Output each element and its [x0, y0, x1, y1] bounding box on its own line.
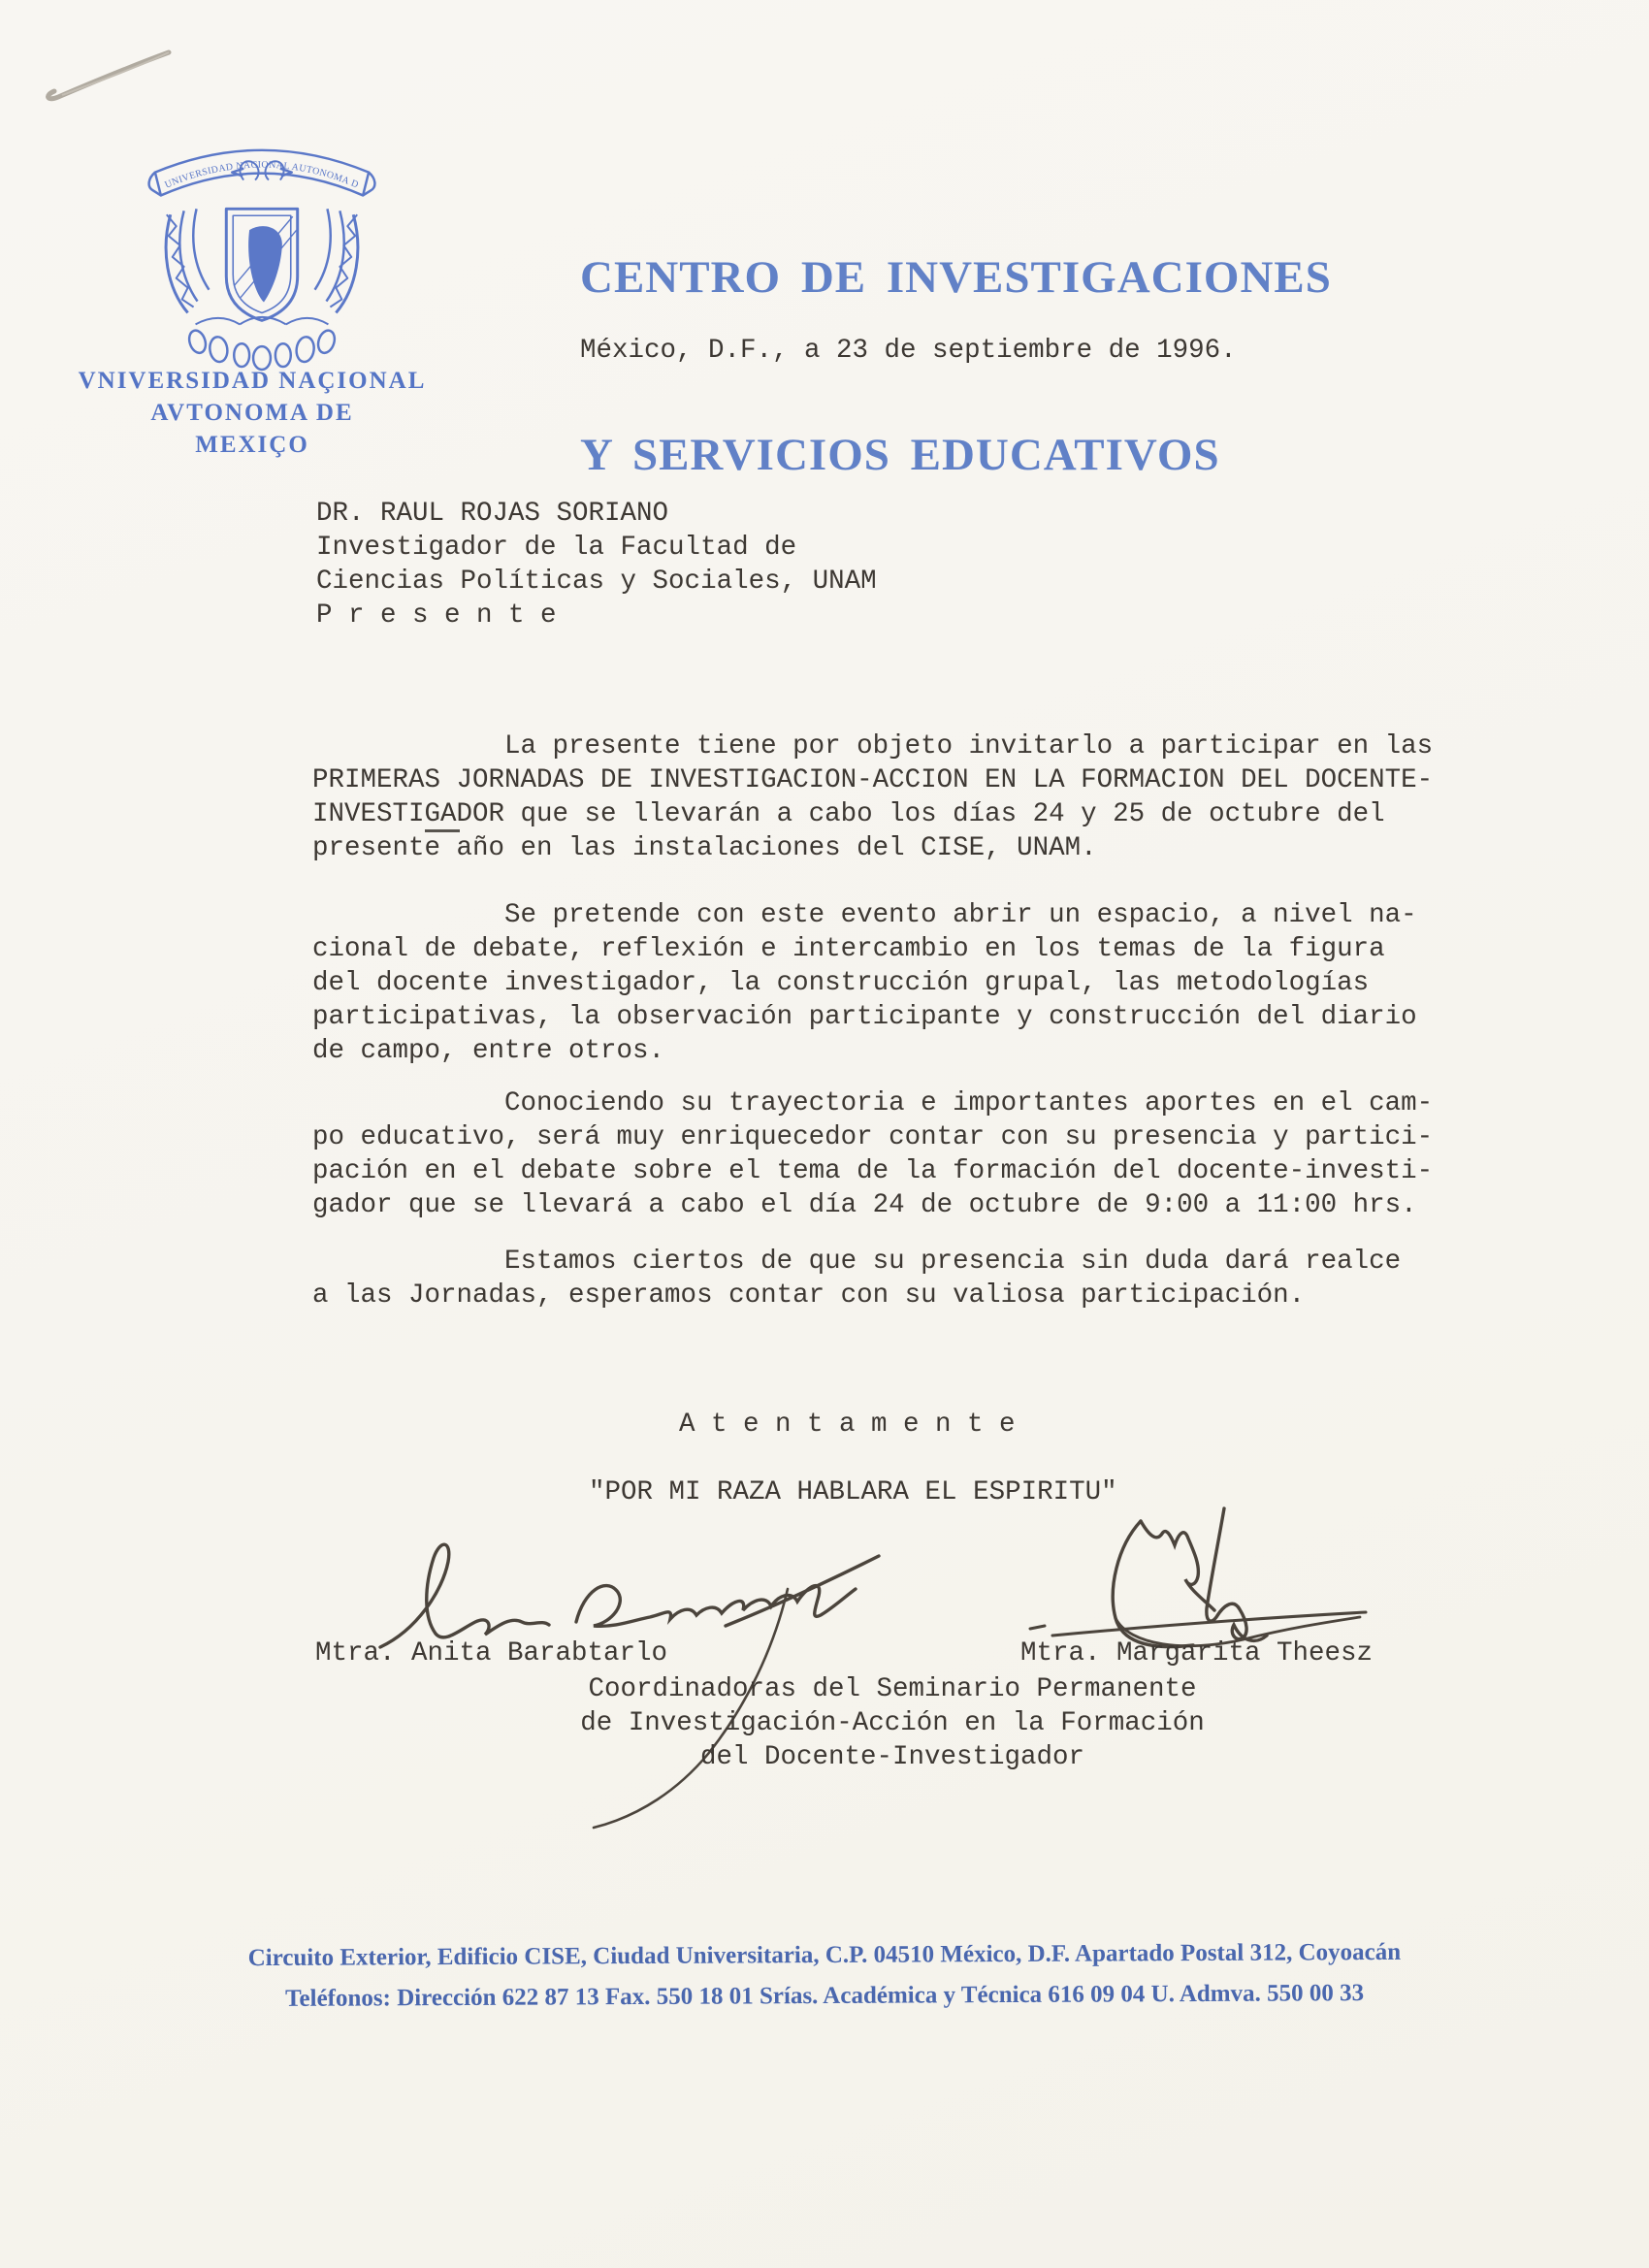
- unam-crest-logo: UNIVERSIDAD NACIONAL AUTONOMA D MEXICO: [142, 122, 382, 373]
- signers-role-line: del Docente-Investigador: [320, 1740, 1465, 1774]
- body-line: Conociendo su trayectoria e importantes …: [312, 1086, 1433, 1120]
- paragraph-3: Conociendo su trayectoria e importantes …: [312, 1086, 1433, 1222]
- crest-banner-text: UNIVERSIDAD NACIONAL AUTONOMA D MEXICO: [142, 122, 363, 192]
- body-line: a las Jornadas, esperamos contar con su …: [312, 1279, 1401, 1312]
- closing-salutation: A t e n t a m e n t e: [679, 1408, 1016, 1442]
- body-line: participativas, la observación participa…: [312, 1000, 1417, 1034]
- signer-name-right: Mtra. Margarita Theesz: [1020, 1636, 1373, 1670]
- body-line: INVESTIGADOR que se llevarán a cabo los …: [312, 797, 1433, 831]
- body-line: La presente tiene por objeto invitarlo a…: [312, 729, 1433, 763]
- university-name-line: AVTONOMA DE: [68, 397, 436, 429]
- recipient-line: Investigador de la Facultad de: [316, 531, 877, 565]
- signers-role-line: Coordinadoras del Seminario Permanente: [320, 1672, 1465, 1706]
- body-line: Se pretende con este evento abrir un esp…: [312, 898, 1417, 932]
- university-name-line: VNIVERSIDAD NAÇIONAL: [68, 365, 436, 397]
- footer-phones-line: Teléfonos: Dirección 622 87 13 Fax. 550 …: [0, 1972, 1649, 2022]
- body-line: cional de debate, reflexión e intercambi…: [312, 932, 1417, 966]
- org-title-line1: CENTRO DE INVESTIGACIONES: [580, 248, 1332, 308]
- letterhead-footer: Circuito Exterior, Edificio CISE, Ciudad…: [0, 1931, 1649, 2022]
- body-line: presente año en las instalaciones del CI…: [312, 831, 1433, 865]
- recipient-line: P r e s e n t e: [316, 599, 877, 632]
- body-line: de campo, entre otros.: [312, 1034, 1417, 1068]
- body-line: PRIMERAS JORNADAS DE INVESTIGACION-ACCIO…: [312, 763, 1433, 797]
- letter-page: UNIVERSIDAD NACIONAL AUTONOMA D MEXICO V…: [0, 0, 1649, 2268]
- university-name: VNIVERSIDAD NAÇIONALAVTONOMA DEMEXIÇO: [68, 365, 436, 461]
- typed-underline-mark: [425, 829, 460, 832]
- paragraph-2: Se pretende con este evento abrir un esp…: [312, 898, 1417, 1068]
- paragraph-4: Estamos ciertos de que su presencia sin …: [312, 1245, 1401, 1312]
- body-line: pación en el debate sobre el tema de la …: [312, 1154, 1433, 1188]
- signers-role-line: de Investigación-Acción en la Formación: [320, 1706, 1465, 1740]
- body-line: del docente investigador, la construcció…: [312, 966, 1417, 1000]
- recipient-block: DR. RAUL ROJAS SORIANOInvestigador de la…: [316, 497, 877, 632]
- recipient-line: Ciencias Políticas y Sociales, UNAM: [316, 565, 877, 599]
- recipient-line: DR. RAUL ROJAS SORIANO: [316, 497, 877, 531]
- body-line: Estamos ciertos de que su presencia sin …: [312, 1245, 1401, 1279]
- body-line: gador que se llevará a cabo el día 24 de…: [312, 1188, 1433, 1222]
- signer-name-left: Mtra. Anita Barabtarlo: [315, 1636, 667, 1670]
- body-line: po educativo, será muy enriquecedor cont…: [312, 1120, 1433, 1154]
- org-title-line2: Y SERVICIOS EDUCATIVOS: [580, 426, 1332, 485]
- pen-stroke-mark: [35, 27, 248, 114]
- date-line: México, D.F., a 23 de septiembre de 1996…: [580, 334, 1237, 368]
- signers-role: Coordinadoras del Seminario Permanentede…: [320, 1672, 1465, 1774]
- paragraph-1: La presente tiene por objeto invitarlo a…: [312, 729, 1433, 865]
- university-name-line: MEXIÇO: [68, 429, 436, 461]
